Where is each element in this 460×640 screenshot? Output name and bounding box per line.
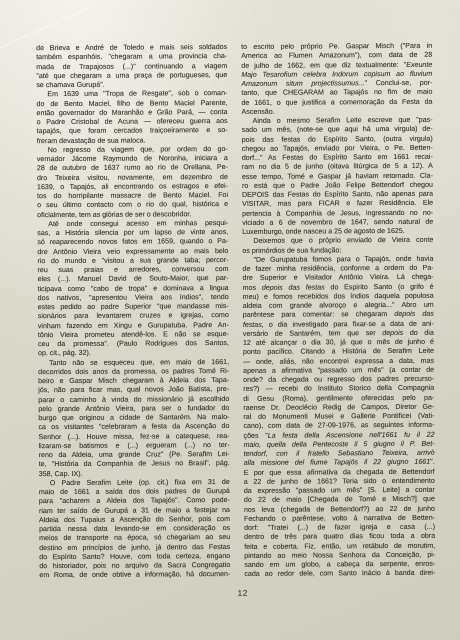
text-column-left: de Brieva e André de Toledo e mais seis …	[36, 43, 230, 581]
text-line: VISITAR, mas para FICAR e fazer Residênc…	[242, 199, 433, 209]
text-line: tanto, que CHEGARAM ao Tapajós no fim de…	[241, 88, 432, 98]
text-line: alla missione del fiume Tapajós il 22 gi…	[244, 458, 435, 468]
text-line: cada ao redor dele, com Santo Inácio à b…	[244, 569, 435, 579]
text-line: "até que chegaram a uma praça de portugu…	[36, 71, 227, 81]
text-line: só reaparecendo novos fatos em 1659, qua…	[37, 237, 228, 247]
text-line: 28 de outubro de 1637 rumo ao rio de Ore…	[37, 163, 228, 173]
text-line: America ao Flumen Amazonum"), com data d…	[241, 51, 432, 61]
text-line: te, "História da Companhia de Jesus no B…	[39, 459, 230, 469]
text-line: o seu último contacto com o rio do qual,…	[37, 200, 228, 210]
text-line: ram no dia 5 de junho (oitava litúrgica …	[242, 162, 433, 172]
text-line: tapajós, que foram cercados traiçoeirame…	[37, 126, 228, 136]
page-content: de Brieva e André de Toledo e mais seis …	[0, 0, 460, 640]
text-line: jós, não para ficar mas, qual novos João…	[38, 385, 229, 395]
text-line: meios de transporte na época, só chegari…	[39, 533, 230, 543]
text-line: res?) — recebi do Instituto Storico dell…	[243, 384, 434, 394]
text-line: dre Superior e Visitador Antônio Vieira.…	[243, 273, 434, 283]
text-line: Deixemos que o próprio enviado de Vieira…	[242, 236, 433, 246]
text-line: em Roma, de onde obtive a informação, há…	[39, 570, 230, 580]
text-line: dentro de três para quatro dias ficou to…	[244, 532, 435, 542]
text-line: sionários para levantarem cruzes e igrej…	[38, 311, 229, 321]
text-line: parêntese para comentar: se chegaram dep…	[243, 310, 434, 320]
text-line: ceu da promessa". (Paulo Rodrigues dos S…	[38, 339, 229, 349]
text-line: ponto pacífico. Citando a História de Se…	[243, 347, 434, 357]
text-column-right: to escrito pelo próprio Pe. Gaspar Misch…	[241, 42, 435, 580]
text-line: do 22 de maio [Chegada de Tomé e Misch?]…	[244, 495, 435, 505]
text-line: sado um mês, (note-se que aqui há uma vi…	[242, 125, 433, 135]
text-line: ca os visitantes "celebraram a festa da …	[38, 422, 229, 432]
text-line: Em 1639 uma "Tropa de Resgate", sob o co…	[36, 89, 227, 99]
text-line: também espanhóis, "chegaram a uma provin…	[36, 52, 227, 62]
text-line: eles (...). Manuel David de Souto-Maior,…	[38, 274, 229, 284]
page-number: 12	[237, 588, 248, 598]
text-line: para "acharem a Aldeia dos Tapajós". Com…	[39, 496, 230, 506]
text-line: de 1661, o que justifica a comemoração d…	[241, 97, 432, 107]
